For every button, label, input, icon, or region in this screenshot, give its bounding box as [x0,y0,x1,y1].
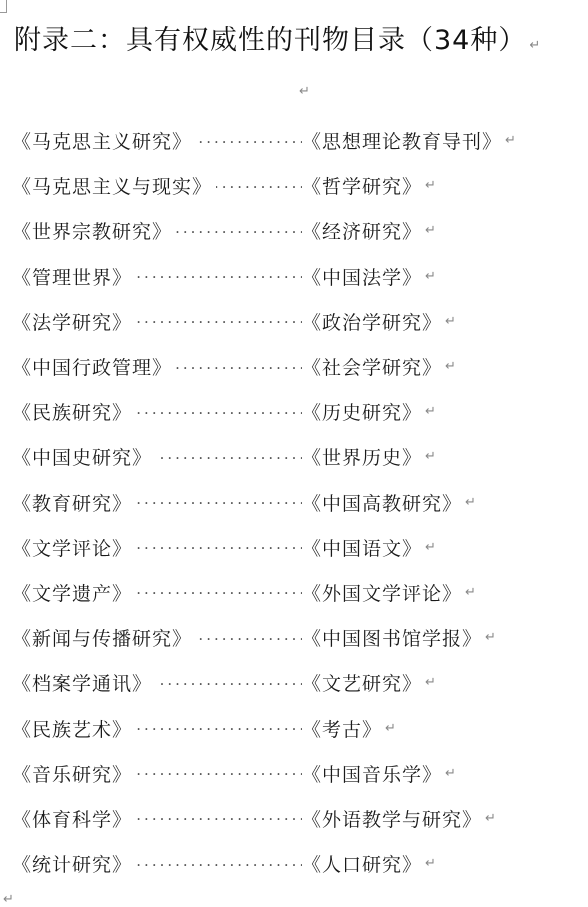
journal-left-cell: 《档案学通讯》 [12,669,302,696]
journal-row: 《中国行政管理》《社会学研究》↵ [12,344,517,389]
journal-right-name: 《中国图书馆学报》 [302,624,482,651]
journal-row: 《文学遗产》《外国文学评论》↵ [12,570,517,615]
paragraph-mark-icon: ↵ [529,38,541,53]
title-text: 附录二：具有权威性的刊物目录（34种） [14,25,526,56]
document-title: 附录二：具有权威性的刊物目录（34种）↵ [14,18,541,57]
paragraph-mark-icon: ↵ [425,269,437,284]
journal-right-name: 《历史研究》 [302,398,422,425]
journal-row: 《体育科学》《外语教学与研究》↵ [12,796,517,841]
paragraph-mark-icon: ↵ [485,811,497,826]
journal-right-name: 《外语教学与研究》 [302,805,482,832]
paragraph-mark-icon: ↵ [3,892,14,907]
paragraph-mark-icon: ↵ [465,495,477,510]
journal-right-name: 《中国音乐学》 [302,760,442,787]
paragraph-mark-icon: ↵ [485,630,497,645]
journal-list: 《马克思主义研究》《思想理论教育导刊》↵《马克思主义与现实》《哲学研究》↵《世界… [12,118,517,886]
journal-row: 《教育研究》《中国高教研究》↵ [12,480,517,525]
journal-left-name: 《统计研究》 [12,854,136,876]
journal-left-cell: 《民族艺术》 [12,715,302,742]
journal-right-name: 《文艺研究》 [302,669,422,696]
journal-left-cell: 《民族研究》 [12,398,302,425]
journal-left-cell: 《统计研究》 [12,850,302,877]
paragraph-mark-icon: ↵ [445,314,457,329]
journal-row: 《民族艺术》《考古》↵ [12,705,517,750]
journal-right-name: 《政治学研究》 [302,308,442,335]
journal-row: 《马克思主义研究》《思想理论教育导刊》↵ [12,118,517,163]
journal-left-name: 《马克思主义研究》 [12,131,196,153]
journal-left-cell: 《管理世界》 [12,263,302,290]
journal-left-cell: 《马克思主义研究》 [12,127,302,154]
journal-row: 《文学评论》《中国语文》↵ [12,525,517,570]
journal-row: 《管理世界》《中国法学》↵ [12,254,517,299]
journal-right-name: 《中国高教研究》 [302,489,462,516]
paragraph-mark-icon: ↵ [425,404,437,419]
journal-left-name: 《民族研究》 [12,402,136,424]
journal-row: 《法学研究》《政治学研究》↵ [12,299,517,344]
journal-right-name: 《人口研究》 [302,850,422,877]
journal-row: 《统计研究》《人口研究》↵ [12,841,517,886]
journal-left-name: 《文学遗产》 [12,583,136,605]
journal-right-name: 《哲学研究》 [302,172,422,199]
journal-left-name: 《马克思主义与现实》 [12,176,216,198]
journal-left-cell: 《文学遗产》 [12,579,302,606]
paragraph-mark-icon: ↵ [445,766,457,781]
journal-left-cell: 《音乐研究》 [12,760,302,787]
paragraph-mark-icon: ↵ [299,84,310,99]
journal-left-cell: 《世界宗教研究》 [12,217,302,244]
paragraph-mark-icon: ↵ [425,178,437,193]
paragraph-mark-icon: ↵ [425,223,437,238]
journal-left-cell: 《文学评论》 [12,534,302,561]
margin-corner-mark [0,0,7,13]
journal-row: 《新闻与传播研究》《中国图书馆学报》↵ [12,615,517,660]
journal-left-cell: 《体育科学》 [12,805,302,832]
journal-right-name: 《经济研究》 [302,217,422,244]
journal-left-name: 《新闻与传播研究》 [12,628,196,650]
journal-right-name: 《外国文学评论》 [302,579,462,606]
journal-left-cell: 《中国行政管理》 [12,353,302,380]
journal-row: 《音乐研究》《中国音乐学》↵ [12,751,517,796]
journal-left-cell: 《教育研究》 [12,489,302,516]
journal-left-cell: 《法学研究》 [12,308,302,335]
journal-left-cell: 《中国史研究》 [12,443,302,470]
empty-paragraph: ↵ [0,888,14,907]
empty-paragraph: ↵ [296,80,310,99]
paragraph-mark-icon: ↵ [425,856,437,871]
journal-left-name: 《中国行政管理》 [12,357,176,379]
journal-right-name: 《中国语文》 [302,534,422,561]
journal-left-cell: 《新闻与传播研究》 [12,624,302,651]
paragraph-mark-icon: ↵ [505,133,517,148]
journal-left-name: 《档案学通讯》 [12,673,156,695]
journal-right-name: 《世界历史》 [302,443,422,470]
paragraph-mark-icon: ↵ [425,675,437,690]
journal-right-name: 《社会学研究》 [302,353,442,380]
journal-row: 《档案学通讯》《文艺研究》↵ [12,660,517,705]
journal-left-cell: 《马克思主义与现实》 [12,172,302,199]
journal-right-name: 《思想理论教育导刊》 [302,127,502,154]
journal-left-name: 《中国史研究》 [12,447,156,469]
journal-left-name: 《管理世界》 [12,267,136,289]
journal-left-name: 《教育研究》 [12,493,136,515]
journal-left-name: 《民族艺术》 [12,719,136,741]
journal-left-name: 《法学研究》 [12,312,136,334]
paragraph-mark-icon: ↵ [425,540,437,555]
paragraph-mark-icon: ↵ [465,585,477,600]
paragraph-mark-icon: ↵ [425,449,437,464]
paragraph-mark-icon: ↵ [445,359,457,374]
journal-right-name: 《考古》 [302,715,382,742]
journal-left-name: 《世界宗教研究》 [12,221,176,243]
journal-row: 《马克思主义与现实》《哲学研究》↵ [12,163,517,208]
journal-row: 《世界宗教研究》《经济研究》↵ [12,208,517,253]
journal-left-name: 《文学评论》 [12,538,136,560]
journal-row: 《民族研究》《历史研究》↵ [12,389,517,434]
journal-right-name: 《中国法学》 [302,263,422,290]
journal-left-name: 《体育科学》 [12,809,136,831]
journal-left-name: 《音乐研究》 [12,764,136,786]
paragraph-mark-icon: ↵ [385,721,397,736]
journal-row: 《中国史研究》《世界历史》↵ [12,434,517,479]
